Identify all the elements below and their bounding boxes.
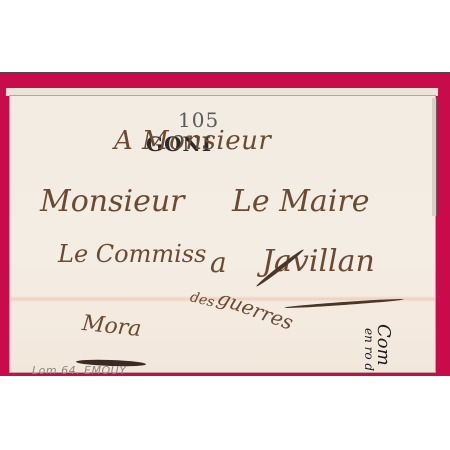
address-line-2-title: Monsieur	[40, 184, 185, 219]
address-line-3-preposition: a	[210, 246, 227, 279]
paper-right-edge	[432, 98, 437, 216]
address-line-3-commissaire: Le Commiss	[58, 240, 206, 268]
address-line-2-role: Le Maire	[232, 184, 370, 219]
address-line-3-town: Javillan	[262, 244, 375, 279]
paper-back-flap	[6, 88, 438, 96]
address-line-4-guerres: guerres	[214, 285, 296, 334]
side-stamp-large: Com	[373, 324, 394, 366]
crimson-backdrop: 105 GONI A Monsieur Monsieur Le Maire Le…	[0, 72, 450, 376]
letter-paper: 105 GONI A Monsieur Monsieur Le Maire Le…	[10, 96, 435, 372]
pencil-annotation: Lom 64. EMOUY	[32, 364, 126, 377]
address-line-4-des: des	[188, 289, 216, 310]
side-stamp-small: en ro d	[362, 328, 376, 371]
address-line-1: A Monsieur	[114, 126, 271, 156]
address-line-5: Mora	[81, 311, 143, 342]
